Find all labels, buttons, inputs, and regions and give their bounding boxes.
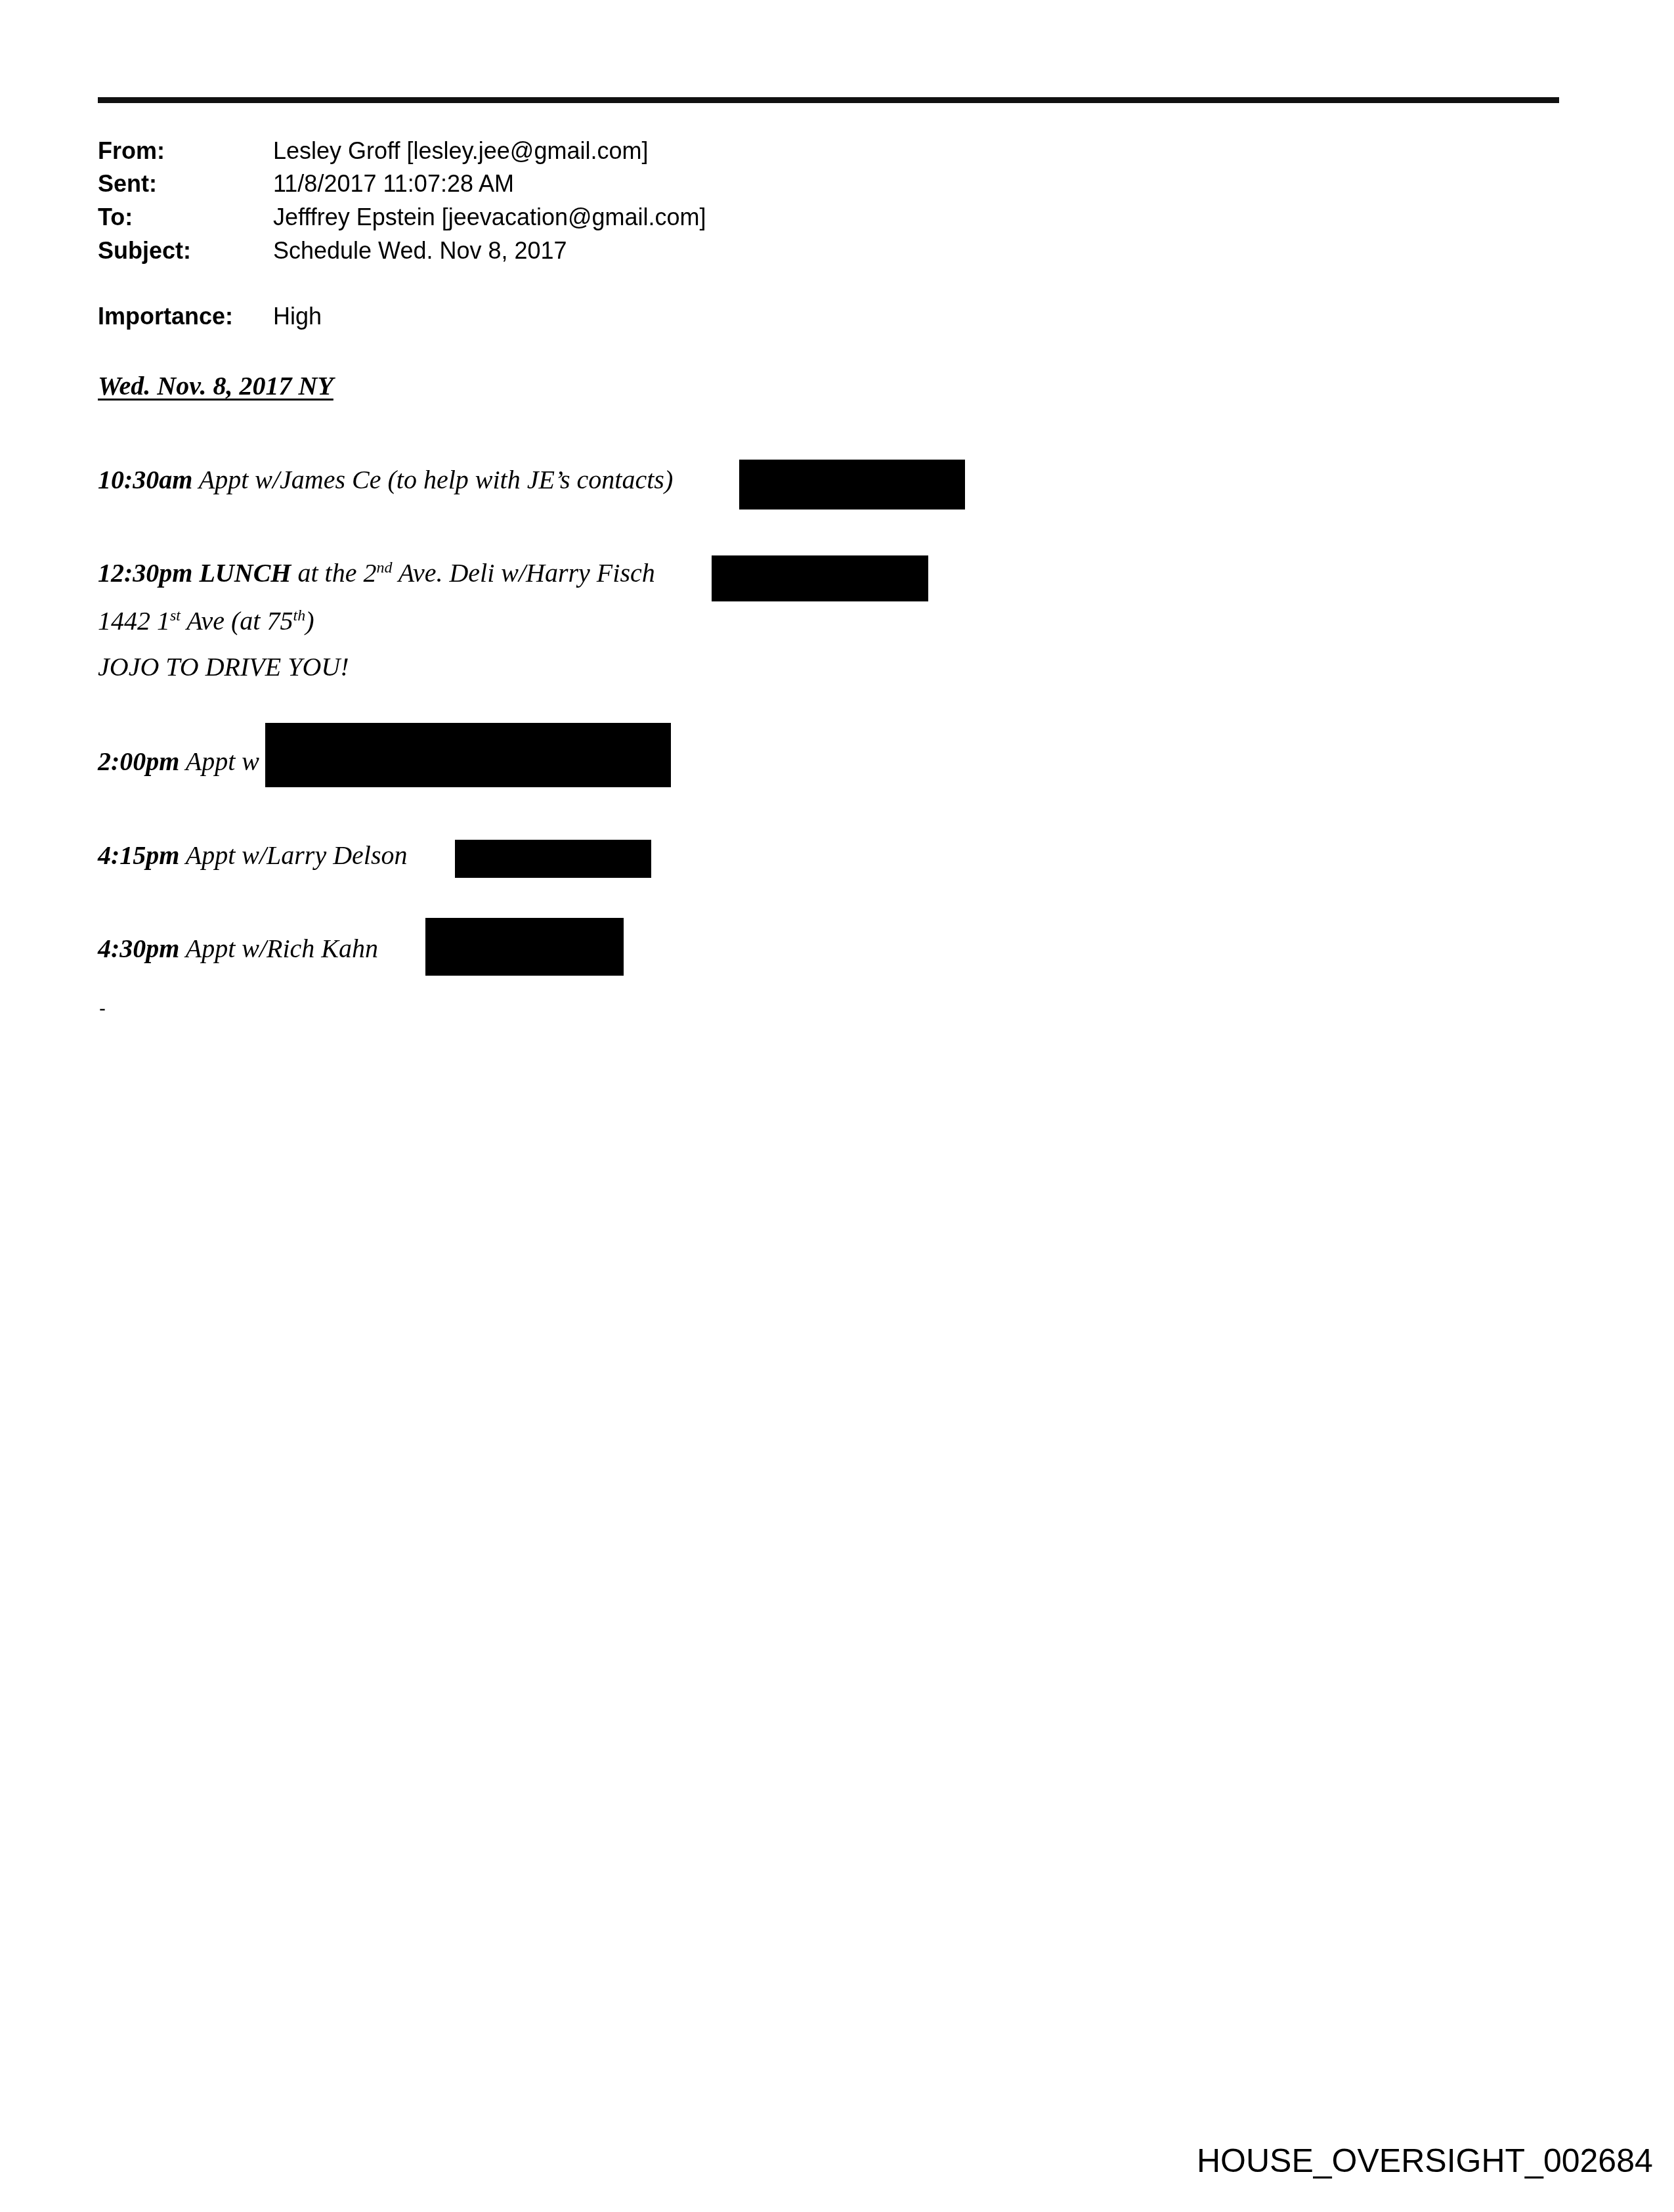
to-value: Jefffrey Epstein [jeevacation@gmail.com] xyxy=(273,203,706,232)
schedule-entry: 4:30pm Appt w/Rich Kahn xyxy=(98,933,378,965)
schedule-entry: 12:30pm LUNCH at the 2nd Ave. Deli w/Har… xyxy=(98,557,655,589)
entry-text: Appt w xyxy=(186,747,259,776)
entry-text: Appt w/Larry Delson xyxy=(186,840,408,870)
schedule-entry: 2:00pm Appt w xyxy=(98,746,259,777)
importance-label: Importance: xyxy=(98,302,233,331)
subject-value: Schedule Wed. Nov 8, 2017 xyxy=(273,236,567,265)
entry-time: 4:15pm xyxy=(98,840,179,870)
bates-number: HOUSE_OVERSIGHT_002684 xyxy=(1197,2142,1653,2180)
entry-time: 10:30am xyxy=(98,465,192,494)
entry-time: 4:30pm xyxy=(98,934,179,963)
trailing-dash: - xyxy=(99,998,106,1020)
subject-label: Subject: xyxy=(98,236,191,265)
header-divider-rule xyxy=(98,97,1559,103)
entry-note: JOJO TO DRIVE YOU! xyxy=(98,651,349,683)
from-label: From: xyxy=(98,137,165,165)
sent-value: 11/8/2017 11:07:28 AM xyxy=(273,169,514,198)
schedule-heading: Wed. Nov. 8, 2017 NY xyxy=(98,370,333,402)
entry-text: at the 2 xyxy=(297,558,376,588)
from-value: Lesley Groff [lesley.jee@gmail.com] xyxy=(273,137,648,165)
schedule-entry: 4:15pm Appt w/Larry Delson xyxy=(98,840,408,871)
redaction-box xyxy=(425,918,624,976)
entry-text: Appt w/James Ce (to help with JE’s conta… xyxy=(199,465,673,494)
entry-time: 12:30pm xyxy=(98,558,192,588)
to-label: To: xyxy=(98,203,133,232)
redaction-box xyxy=(265,723,671,787)
redaction-box xyxy=(455,840,651,878)
entry-lunch-label: LUNCH xyxy=(199,558,291,588)
redaction-box xyxy=(739,460,965,510)
entry-text: Ave. Deli w/Harry Fisch xyxy=(392,558,655,588)
schedule-entry: 10:30am Appt w/James Ce (to help with JE… xyxy=(98,464,673,496)
entry-time: 2:00pm xyxy=(98,747,179,776)
ordinal-suffix: nd xyxy=(376,559,392,576)
entry-text: Appt w/Rich Kahn xyxy=(186,934,378,963)
importance-value: High xyxy=(273,302,322,331)
entry-address: 1442 1st Ave (at 75th) xyxy=(98,605,314,637)
redaction-box xyxy=(712,555,928,601)
sent-label: Sent: xyxy=(98,169,157,198)
